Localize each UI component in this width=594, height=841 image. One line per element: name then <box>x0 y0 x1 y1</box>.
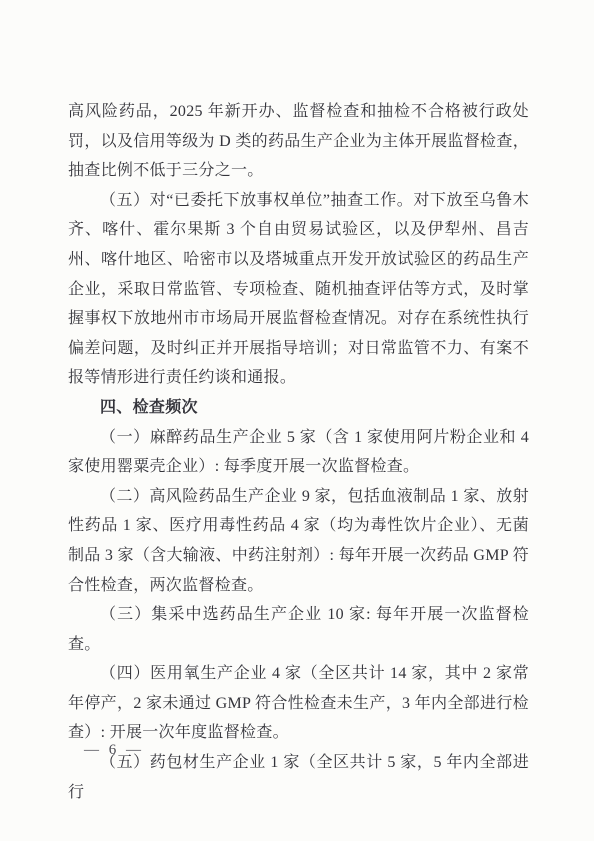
paragraph-item-5-delegated-authority: （五）对“已委托下放事权单位”抽查工作。对下放至乌鲁木齐、喀什、霍尔果斯 3 个… <box>68 186 529 393</box>
paragraph-item-4-medical-oxygen-makers: （四）医用氧生产企业 4 家（全区共计 14 家，其中 2 家常年停产，2 家未… <box>68 659 529 748</box>
document-page: 高风险药品，2025 年新开办、监督检查和抽检不合格被行政处罚，以及信用等级为 … <box>0 0 594 841</box>
page-number: — 6 — <box>84 740 144 760</box>
paragraph-item-3-centralized-procurement-makers: （三）集采中选药品生产企业 10 家: 每年开展一次监督检查。 <box>68 600 529 659</box>
paragraph-item-1-anesthetic-drug-makers: （一）麻醉药品生产企业 5 家（含 1 家使用阿片粉企业和 4 家使用罂粟壳企业… <box>68 423 529 482</box>
paragraph-continuation-high-risk-drugs: 高风险药品，2025 年新开办、监督检查和抽检不合格被行政处罚，以及信用等级为 … <box>68 97 529 186</box>
document-body: 高风险药品，2025 年新开办、监督检查和抽检不合格被行政处罚，以及信用等级为 … <box>68 97 529 807</box>
section-heading-inspection-frequency: 四、检查频次 <box>68 393 529 423</box>
paragraph-item-2-high-risk-drug-makers: （二）高风险药品生产企业 9 家，包括血液制品 1 家、放射性药品 1 家、医疗… <box>68 482 529 600</box>
